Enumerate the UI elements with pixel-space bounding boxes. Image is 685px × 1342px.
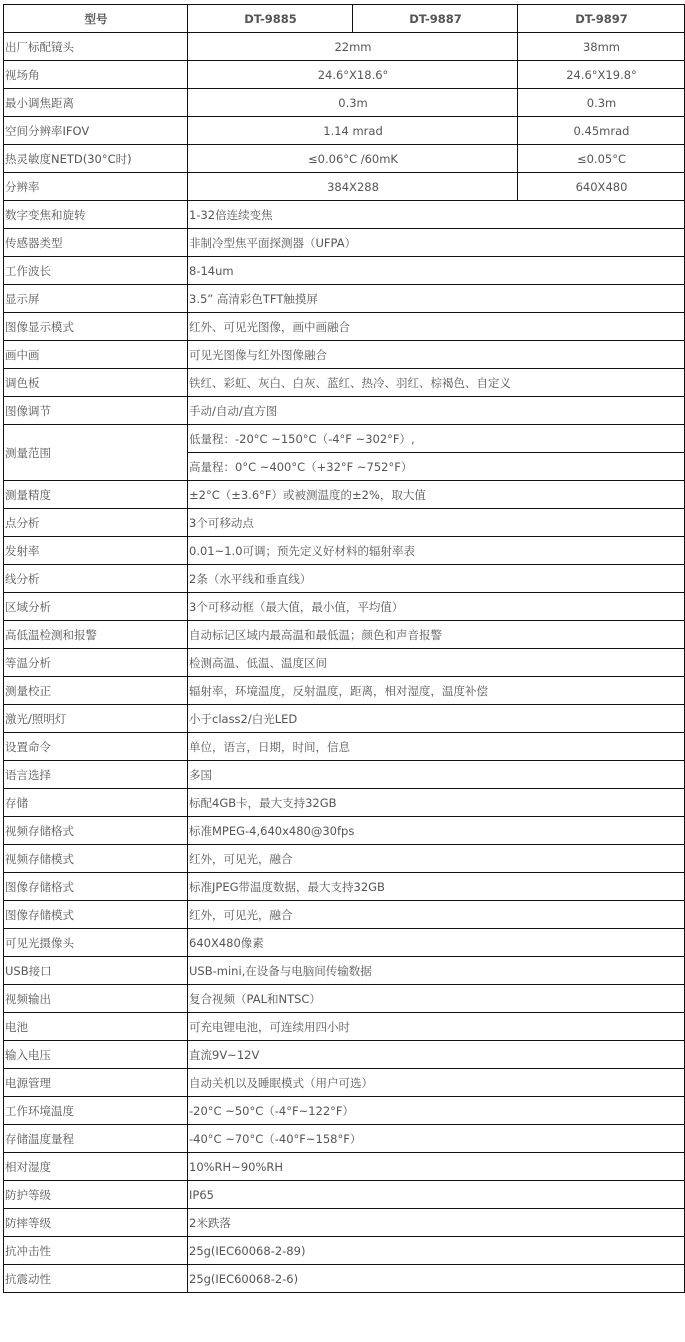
spec-value: 640X480像素 (188, 929, 685, 957)
spec-value-9897: 38mm (518, 33, 685, 61)
spec-label: 防护等级 (4, 1181, 188, 1209)
table-row: 电池可充电锂电池，可连续用四小时 (4, 1013, 685, 1041)
table-row: 数字变焦和旋转1-32倍连续变焦 (4, 201, 685, 229)
spec-label: 线分析 (4, 565, 188, 593)
spec-value: 3.5” 高清彩色TFT触摸屏 (188, 285, 685, 313)
spec-value: 标配4GB卡，最大支持32GB (188, 789, 685, 817)
spec-value: 直流9V~12V (188, 1041, 685, 1069)
table-row: 抗震动性25g(IEC60068-2-6) (4, 1265, 685, 1293)
spec-table: 型号 DT-9885 DT-9887 DT-9897 出厂标配镜头22mm38m… (3, 4, 685, 1293)
table-row: 调色板铁红、彩虹、灰白、白灰、蓝红、热冷、羽红、棕褐色、自定义 (4, 369, 685, 397)
spec-value-9897: 0.45mrad (518, 117, 685, 145)
spec-value: 10%RH~90%RH (188, 1153, 685, 1181)
header-model-label: 型号 (4, 5, 188, 33)
table-row: 画中画可见光图像与红外图像融合 (4, 341, 685, 369)
spec-value-9885-9887: 0.3m (188, 89, 518, 117)
table-row: 测量校正辐射率，环境温度，反射温度，距离，相对湿度，温度补偿 (4, 677, 685, 705)
spec-value: 可充电锂电池，可连续用四小时 (188, 1013, 685, 1041)
spec-value: 自动关机以及睡眠模式（用户可选） (188, 1069, 685, 1097)
spec-value-9897: 24.6°X19.8° (518, 61, 685, 89)
table-row: 高低温检测和报警自动标记区域内最高温和最低温；颜色和声音报警 (4, 621, 685, 649)
spec-label: 抗冲击性 (4, 1237, 188, 1265)
spec-value: 0.01~1.0可调；预先定义好材料的辐射率表 (188, 537, 685, 565)
spec-label: 图像调节 (4, 397, 188, 425)
spec-value-low-range: 低量程：-20°C ~150°C（-4°F ~302°F）, (188, 425, 685, 453)
spec-value: 红外、可见光图像，画中画融合 (188, 313, 685, 341)
spec-value: 检测高温、低温、温度区间 (188, 649, 685, 677)
spec-value: 25g(IEC60068-2-89) (188, 1237, 685, 1265)
spec-value: 复合视频（PAL和NTSC） (188, 985, 685, 1013)
spec-label: 传感器类型 (4, 229, 188, 257)
table-row: 显示屏3.5” 高清彩色TFT触摸屏 (4, 285, 685, 313)
spec-value: 自动标记区域内最高温和最低温；颜色和声音报警 (188, 621, 685, 649)
spec-label: 语言选择 (4, 761, 188, 789)
table-row: USB接口USB-mini,在设备与电脑间传输数据 (4, 957, 685, 985)
spec-label: 画中画 (4, 341, 188, 369)
spec-label: 测量范围 (4, 425, 188, 481)
spec-label: 测量校正 (4, 677, 188, 705)
table-row: 视频输出复合视频（PAL和NTSC） (4, 985, 685, 1013)
table-row: 电源管理自动关机以及睡眠模式（用户可选） (4, 1069, 685, 1097)
table-row: 图像显示模式红外、可见光图像，画中画融合 (4, 313, 685, 341)
table-row: 视频存储模式红外，可见光，融合 (4, 845, 685, 873)
table-row: 发射率0.01~1.0可调；预先定义好材料的辐射率表 (4, 537, 685, 565)
spec-value: 25g(IEC60068-2-6) (188, 1265, 685, 1293)
spec-value: 可见光图像与红外图像融合 (188, 341, 685, 369)
spec-label: 显示屏 (4, 285, 188, 313)
spec-label: 区域分析 (4, 593, 188, 621)
table-row: 区域分析3个可移动框（最大值，最小值，平均值） (4, 593, 685, 621)
spec-label: 电池 (4, 1013, 188, 1041)
table-row: 防护等级IP65 (4, 1181, 685, 1209)
spec-label: 输入电压 (4, 1041, 188, 1069)
spec-value-9897: 0.3m (518, 89, 685, 117)
table-row: 相对湿度10%RH~90%RH (4, 1153, 685, 1181)
spec-label: 可见光摄像头 (4, 929, 188, 957)
table-row: 输入电压直流9V~12V (4, 1041, 685, 1069)
spec-value: 红外，可见光，融合 (188, 845, 685, 873)
table-row: 工作环境温度-20°C ~50°C（-4°F~122°F） (4, 1097, 685, 1125)
spec-value: 红外，可见光，融合 (188, 901, 685, 929)
spec-label: 激光/照明灯 (4, 705, 188, 733)
spec-label: 测量精度 (4, 481, 188, 509)
spec-label: 高低温检测和报警 (4, 621, 188, 649)
spec-value: 标准MPEG-4,640x480@30fps (188, 817, 685, 845)
table-row: 最小调焦距离0.3m0.3m (4, 89, 685, 117)
spec-value-9897: 640X480 (518, 173, 685, 201)
spec-value: 3个可移动点 (188, 509, 685, 537)
table-row: 抗冲击性25g(IEC60068-2-89) (4, 1237, 685, 1265)
header-model-3: DT-9897 (518, 5, 685, 33)
spec-value: 8-14um (188, 257, 685, 285)
spec-value: 多国 (188, 761, 685, 789)
table-row: 设置命令单位，语言，日期，时间，信息 (4, 733, 685, 761)
spec-label: 设置命令 (4, 733, 188, 761)
spec-value: -20°C ~50°C（-4°F~122°F） (188, 1097, 685, 1125)
spec-label: 最小调焦距离 (4, 89, 188, 117)
table-row: 空间分辨率IFOV1.14 mrad0.45mrad (4, 117, 685, 145)
spec-label: 发射率 (4, 537, 188, 565)
spec-value: ±2°C（±3.6°F）或被测温度的±2%，取大值 (188, 481, 685, 509)
spec-label: 视频存储格式 (4, 817, 188, 845)
spec-label: 分辨率 (4, 173, 188, 201)
table-row: 视频存储格式标准MPEG-4,640x480@30fps (4, 817, 685, 845)
spec-value-9885-9887: ≤0.06°C /60mK (188, 145, 518, 173)
spec-value: USB-mini,在设备与电脑间传输数据 (188, 957, 685, 985)
spec-label: 点分析 (4, 509, 188, 537)
spec-label: 抗震动性 (4, 1265, 188, 1293)
table-row: 热灵敏度NETD(30°C时)≤0.06°C /60mK≤0.05°C (4, 145, 685, 173)
table-row: 等温分析检测高温、低温、温度区间 (4, 649, 685, 677)
spec-label: 视频存储模式 (4, 845, 188, 873)
table-row: 可见光摄像头640X480像素 (4, 929, 685, 957)
spec-label: 视场角 (4, 61, 188, 89)
spec-label: 电源管理 (4, 1069, 188, 1097)
table-row: 图像存储格式标准JPEG带温度数据，最大支持32GB (4, 873, 685, 901)
table-row: 测量精度±2°C（±3.6°F）或被测温度的±2%，取大值 (4, 481, 685, 509)
spec-value: 2条（水平线和垂直线） (188, 565, 685, 593)
spec-value-high-range: 高量程：0°C ~400°C（+32°F ~752°F） (188, 453, 685, 481)
spec-label: 空间分辨率IFOV (4, 117, 188, 145)
table-row: 出厂标配镜头22mm38mm (4, 33, 685, 61)
table-row: 防摔等级2米跌落 (4, 1209, 685, 1237)
spec-value: 铁红、彩虹、灰白、白灰、蓝红、热冷、羽红、棕褐色、自定义 (188, 369, 685, 397)
spec-value-9885-9887: 1.14 mrad (188, 117, 518, 145)
spec-label: 热灵敏度NETD(30°C时) (4, 145, 188, 173)
spec-label: 图像存储格式 (4, 873, 188, 901)
spec-label: 等温分析 (4, 649, 188, 677)
spec-value: IP65 (188, 1181, 685, 1209)
header-model-2: DT-9887 (353, 5, 518, 33)
spec-body: 出厂标配镜头22mm38mm视场角24.6°X18.6°24.6°X19.8°最… (4, 33, 685, 1293)
spec-label: 存储 (4, 789, 188, 817)
table-row: 工作波长8-14um (4, 257, 685, 285)
spec-label: 防摔等级 (4, 1209, 188, 1237)
spec-value-9885-9887: 24.6°X18.6° (188, 61, 518, 89)
header-row: 型号 DT-9885 DT-9887 DT-9897 (4, 5, 685, 33)
header-model-1: DT-9885 (188, 5, 353, 33)
spec-value: 单位，语言，日期，时间，信息 (188, 733, 685, 761)
spec-label: 相对湿度 (4, 1153, 188, 1181)
spec-value: 标准JPEG带温度数据，最大支持32GB (188, 873, 685, 901)
spec-value: 小于class2/白光LED (188, 705, 685, 733)
spec-value: -40°C ~70°C（-40°F~158°F） (188, 1125, 685, 1153)
table-row: 存储标配4GB卡，最大支持32GB (4, 789, 685, 817)
table-row: 图像存储模式红外，可见光，融合 (4, 901, 685, 929)
table-row: 点分析3个可移动点 (4, 509, 685, 537)
table-row: 分辨率384X288640X480 (4, 173, 685, 201)
spec-label: 存储温度量程 (4, 1125, 188, 1153)
spec-label: 数字变焦和旋转 (4, 201, 188, 229)
spec-label: 视频输出 (4, 985, 188, 1013)
table-row: 激光/照明灯小于class2/白光LED (4, 705, 685, 733)
spec-label: 图像显示模式 (4, 313, 188, 341)
spec-value: 手动/自动/直方图 (188, 397, 685, 425)
table-row: 图像调节手动/自动/直方图 (4, 397, 685, 425)
spec-value: 非制冷型焦平面探测器（UFPA） (188, 229, 685, 257)
spec-value: 3个可移动框（最大值，最小值，平均值） (188, 593, 685, 621)
table-row: 传感器类型非制冷型焦平面探测器（UFPA） (4, 229, 685, 257)
spec-label: 出厂标配镜头 (4, 33, 188, 61)
spec-value-9897: ≤0.05°C (518, 145, 685, 173)
table-row: 存储温度量程-40°C ~70°C（-40°F~158°F） (4, 1125, 685, 1153)
table-row: 视场角24.6°X18.6°24.6°X19.8° (4, 61, 685, 89)
spec-label: 图像存储模式 (4, 901, 188, 929)
spec-value: 辐射率，环境温度，反射温度，距离，相对湿度，温度补偿 (188, 677, 685, 705)
table-row: 测量范围低量程：-20°C ~150°C（-4°F ~302°F）, (4, 425, 685, 453)
spec-label: 工作环境温度 (4, 1097, 188, 1125)
spec-label: USB接口 (4, 957, 188, 985)
table-row: 线分析2条（水平线和垂直线） (4, 565, 685, 593)
spec-value: 2米跌落 (188, 1209, 685, 1237)
spec-value: 1-32倍连续变焦 (188, 201, 685, 229)
spec-value-9885-9887: 384X288 (188, 173, 518, 201)
spec-label: 调色板 (4, 369, 188, 397)
spec-value-9885-9887: 22mm (188, 33, 518, 61)
table-row: 语言选择多国 (4, 761, 685, 789)
spec-label: 工作波长 (4, 257, 188, 285)
